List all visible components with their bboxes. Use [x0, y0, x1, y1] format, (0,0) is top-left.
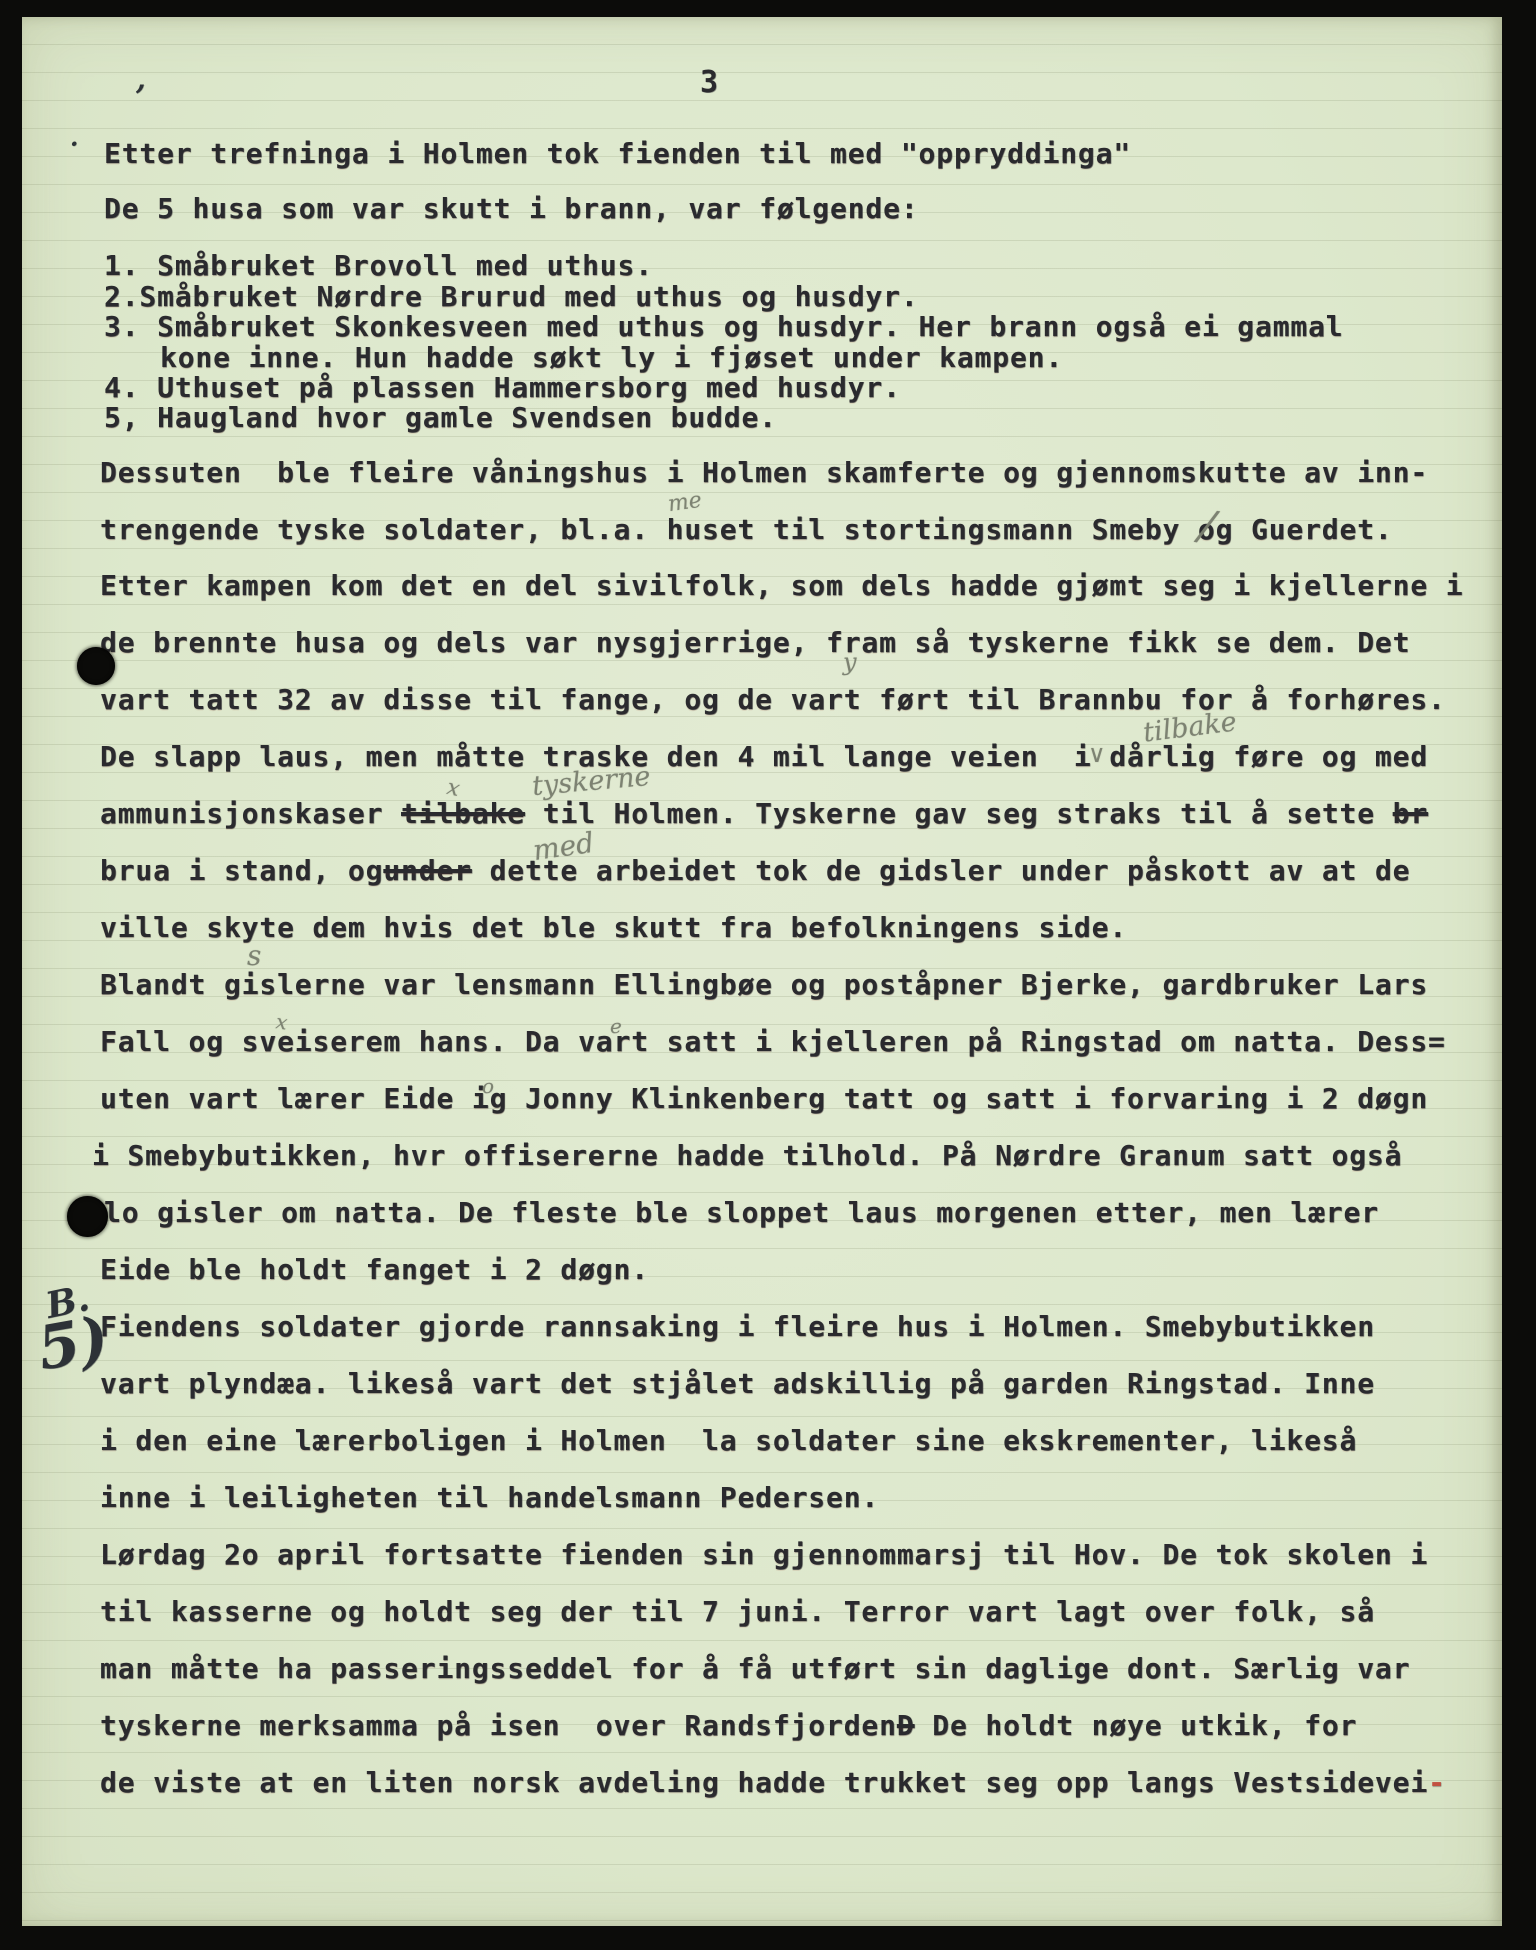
- typed-text: de viste at en liten norsk avdeling hadd…: [100, 1766, 1428, 1799]
- typed-text: 2.Småbruket Nørdre Brurud med uthus og h…: [104, 280, 919, 313]
- typed-line: Etter trefninga i Holmen tok fienden til…: [104, 139, 1131, 169]
- typed-line: i den eine lærerboligen i Holmen la sold…: [100, 1426, 1357, 1456]
- typed-line: Etter kampen kom det en del sivilfolk, s…: [100, 571, 1463, 601]
- typed-line: tyskerne merksamma på isen over Randsfjo…: [100, 1711, 1357, 1741]
- scan-edge-top: [0, 0, 1536, 17]
- typed-line: Fiendens soldater gjorde rannsaking i fl…: [100, 1312, 1375, 1342]
- typed-text: uten vart lærer Eide ig Jonny Klinkenber…: [100, 1082, 1428, 1115]
- struck-text: br: [1393, 797, 1428, 830]
- pencil-annotation: e: [610, 1016, 622, 1036]
- typed-line: 1. Småbruket Brovoll med uthus.: [104, 251, 653, 281]
- typed-line: 3. Småbruket Skonkesveen med uthus og hu…: [104, 312, 1344, 342]
- typed-text: De holdt nøye utkik, for: [915, 1709, 1358, 1742]
- typed-text: Etter trefninga i Holmen tok fienden til…: [104, 137, 1131, 170]
- typed-line: 2.Småbruket Nørdre Brurud med uthus og h…: [104, 282, 919, 312]
- struck-text: under: [383, 854, 472, 887]
- typed-text: i den eine lærerboligen i Holmen la sold…: [100, 1424, 1357, 1457]
- typed-text: vart tatt 32 av disse til fange, og de v…: [100, 683, 1446, 716]
- typed-text: til Holmen. Tyskerne gav seg straks til …: [525, 797, 1393, 830]
- typed-line: 5, Haugland hvor gamle Svendsen budde.: [104, 403, 777, 433]
- typed-line: lo gisler om natta. De fleste ble sloppe…: [104, 1198, 1379, 1228]
- punch-hole: [77, 647, 115, 685]
- margin-ink-mark: ·: [70, 132, 78, 156]
- page-number: 3: [700, 65, 718, 100]
- scan-edge-left: [0, 0, 22, 1950]
- typed-line: vart plyndæa. likeså vart det stjålet ad…: [100, 1369, 1375, 1399]
- typed-text: 1. Småbruket Brovoll med uthus.: [104, 249, 653, 282]
- typed-text: Eide ble holdt fanget i 2 døgn.: [100, 1253, 649, 1286]
- typed-text: Fiendens soldater gjorde rannsaking i fl…: [100, 1310, 1375, 1343]
- typed-line: De 5 husa som var skutt i brann, var føl…: [104, 194, 919, 224]
- struck-text: tilbake: [401, 797, 525, 830]
- pencil-annotation: y: [843, 650, 857, 674]
- typed-text: 4. Uthuset på plassen Hammersborg med hu…: [104, 371, 901, 404]
- typed-text: Etter kampen kom det en del sivilfolk, s…: [100, 569, 1463, 602]
- typed-line: brua i stand, ogunder dette arbeidet tok…: [100, 856, 1410, 886]
- typed-text: 3. Småbruket Skonkesveen med uthus og hu…: [104, 310, 1344, 343]
- typed-text: -: [1428, 1766, 1446, 1799]
- typed-line: de viste at en liten norsk avdeling hadd…: [100, 1768, 1446, 1798]
- paper-sheet: 3 Etter trefninga i Holmen tok fienden t…: [22, 17, 1502, 1926]
- typed-line: ammunisjonskaser tilbake til Holmen. Tys…: [100, 799, 1428, 829]
- typed-line: Dessuten ble fleire våningshus i Holmen …: [100, 458, 1428, 488]
- typed-text: dette arbeidet tok de gidsler under påsk…: [472, 854, 1411, 887]
- margin-ink-mark: ,: [136, 66, 146, 94]
- typed-text: Fall og sveiserem hans. Da vart satt i k…: [100, 1025, 1446, 1058]
- typed-line: 4. Uthuset på plassen Hammersborg med hu…: [104, 373, 901, 403]
- pencil-annotation: me: [667, 490, 704, 517]
- typed-line: vart tatt 32 av disse til fange, og de v…: [100, 685, 1446, 715]
- typed-text: inne i leiligheten til handelsmann Peder…: [100, 1481, 879, 1514]
- typed-text: Lørdag 2o april fortsatte fienden sin gj…: [100, 1538, 1428, 1571]
- typed-line: til kasserne og holdt seg der til 7 juni…: [100, 1597, 1375, 1627]
- typed-text: kone inne. Hun hadde søkt ly i fjøset un…: [160, 341, 1063, 374]
- scanned-document-page: { "page": { "page_number": "3", "colors"…: [0, 0, 1536, 1950]
- scan-edge-right: [1502, 0, 1536, 1950]
- pencil-annotation: s: [247, 942, 261, 970]
- typed-line: Eide ble holdt fanget i 2 døgn.: [100, 1255, 649, 1285]
- typed-line: man måtte ha passeringsseddel for å få u…: [100, 1654, 1410, 1684]
- pencil-annotation: ∨: [1088, 742, 1106, 766]
- typed-text: 5, Haugland hvor gamle Svendsen budde.: [104, 401, 777, 434]
- typed-text: Dessuten ble fleire våningshus i Holmen …: [100, 456, 1428, 489]
- typed-text: vart plyndæa. likeså vart det stjålet ad…: [100, 1367, 1375, 1400]
- typed-text: man måtte ha passeringsseddel for å få u…: [100, 1652, 1410, 1685]
- typed-line: Blandt gislerne var lensmann Ellingbøe o…: [100, 970, 1428, 1000]
- typed-text: De 5 husa som var skutt i brann, var føl…: [104, 192, 919, 225]
- typed-text: tyskerne merksamma på isen over Randsfjo…: [100, 1709, 897, 1742]
- pencil-annotation: med: [531, 829, 595, 865]
- typed-text: De slapp laus, men måtte traske den 4 mi…: [100, 740, 1428, 773]
- struck-text: D: [897, 1709, 915, 1742]
- typed-line: de brennte husa og dels var nysgjerrige,…: [100, 628, 1410, 658]
- typed-line: inne i leiligheten til handelsmann Peder…: [100, 1483, 879, 1513]
- typed-line: kone inne. Hun hadde søkt ly i fjøset un…: [160, 343, 1063, 373]
- typed-text: brua i stand, og: [100, 854, 383, 887]
- typed-line: Fall og sveiserem hans. Da vart satt i k…: [100, 1027, 1446, 1057]
- typed-text: de brennte husa og dels var nysgjerrige,…: [100, 626, 1410, 659]
- typed-line: i Smebybutikken, hvr offisererne hadde t…: [92, 1141, 1402, 1171]
- typed-line: Lørdag 2o april fortsatte fienden sin gj…: [100, 1540, 1428, 1570]
- typed-text: i Smebybutikken, hvr offisererne hadde t…: [92, 1139, 1402, 1172]
- pencil-annotation: o: [482, 1076, 494, 1096]
- typed-line: uten vart lærer Eide ig Jonny Klinkenber…: [100, 1084, 1428, 1114]
- typed-line: De slapp laus, men måtte traske den 4 mi…: [100, 742, 1428, 772]
- typed-text: ammunisjonskaser: [100, 797, 401, 830]
- typed-text: til kasserne og holdt seg der til 7 juni…: [100, 1595, 1375, 1628]
- typed-text: Blandt gislerne var lensmann Ellingbøe o…: [100, 968, 1428, 1001]
- typed-text: lo gisler om natta. De fleste ble sloppe…: [104, 1196, 1379, 1229]
- margin-ink-mark: 5): [33, 1308, 112, 1379]
- scan-edge-bottom: [0, 1926, 1536, 1950]
- punch-hole: [67, 1196, 108, 1237]
